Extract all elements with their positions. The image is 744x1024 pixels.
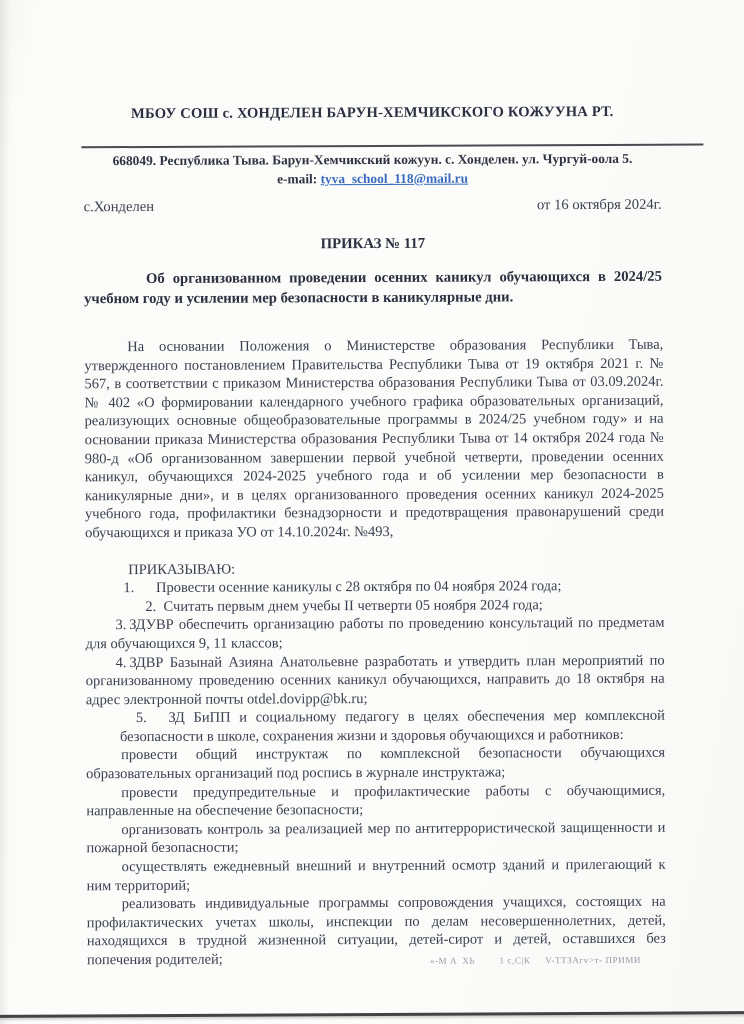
organization-name: МБОУ СОШ с. ХОНДЕЛЕН БАРУН-ХЕМЧИКСКОГО К…	[83, 103, 661, 125]
scan-bleedthrough-artifact: «-М А ХЬ 1 с,С|К V-ТТЗАгv>т- ПРИМИ	[430, 955, 710, 966]
order-subitem-1: провести общий инструктаж по комплексной…	[86, 744, 665, 784]
scanned-document-page: МБОУ СОШ с. ХОНДЕЛЕН БАРУН-ХЕМЧИКСКОГО К…	[0, 0, 744, 1024]
place-date-line: с.Хонделен от 16 октября 2024г.	[84, 196, 662, 218]
header-divider	[81, 144, 703, 149]
email-link[interactable]: tyva_school_118@mail.ru	[321, 171, 469, 187]
document-sheet: МБОУ СОШ с. ХОНДЕЛЕН БАРУН-ХЕМЧИКСКОГО К…	[0, 0, 744, 1024]
order-subitem-2: провести предупредительные и профилактич…	[86, 781, 665, 821]
order-subitem-3: организовать контроль за реализацией мер…	[86, 819, 665, 859]
organization-address: 668049. Республика Тыва. Барун-Хемчикски…	[83, 150, 661, 171]
order-subject: Об организованном проведении осенних кан…	[84, 268, 662, 310]
document-body: На основании Положения о Министерстве об…	[84, 336, 666, 970]
resolve-word: ПРИКАЗЫВАЮ:	[85, 558, 664, 579]
email-label: e-mail:	[277, 171, 317, 186]
order-subitem-4: осуществлять ежедневный внешний и внутре…	[87, 856, 666, 896]
order-item-1: 1. Провести осенние каникулы с 28 октябр…	[85, 577, 664, 598]
document-date: от 16 октября 2024г.	[537, 196, 662, 216]
preamble-paragraph: На основании Положения о Министерстве об…	[84, 336, 664, 543]
email-line: e-mail: tyva_school_118@mail.ru	[84, 169, 662, 190]
order-item-5: 5. ЗД БиПП и социальному педагогу в целя…	[120, 707, 665, 747]
order-number: ПРИКАЗ № 117	[84, 235, 662, 255]
document-place: с.Хонделен	[84, 198, 154, 217]
order-item-2: 2. Считать первым днем учебы II четверти…	[85, 595, 664, 616]
order-item-3: 3. ЗДУВР обеспечить организацию работы п…	[85, 614, 664, 654]
order-item-4: 4. ЗДВР Базынай Азияна Анатольевне разра…	[86, 651, 665, 709]
